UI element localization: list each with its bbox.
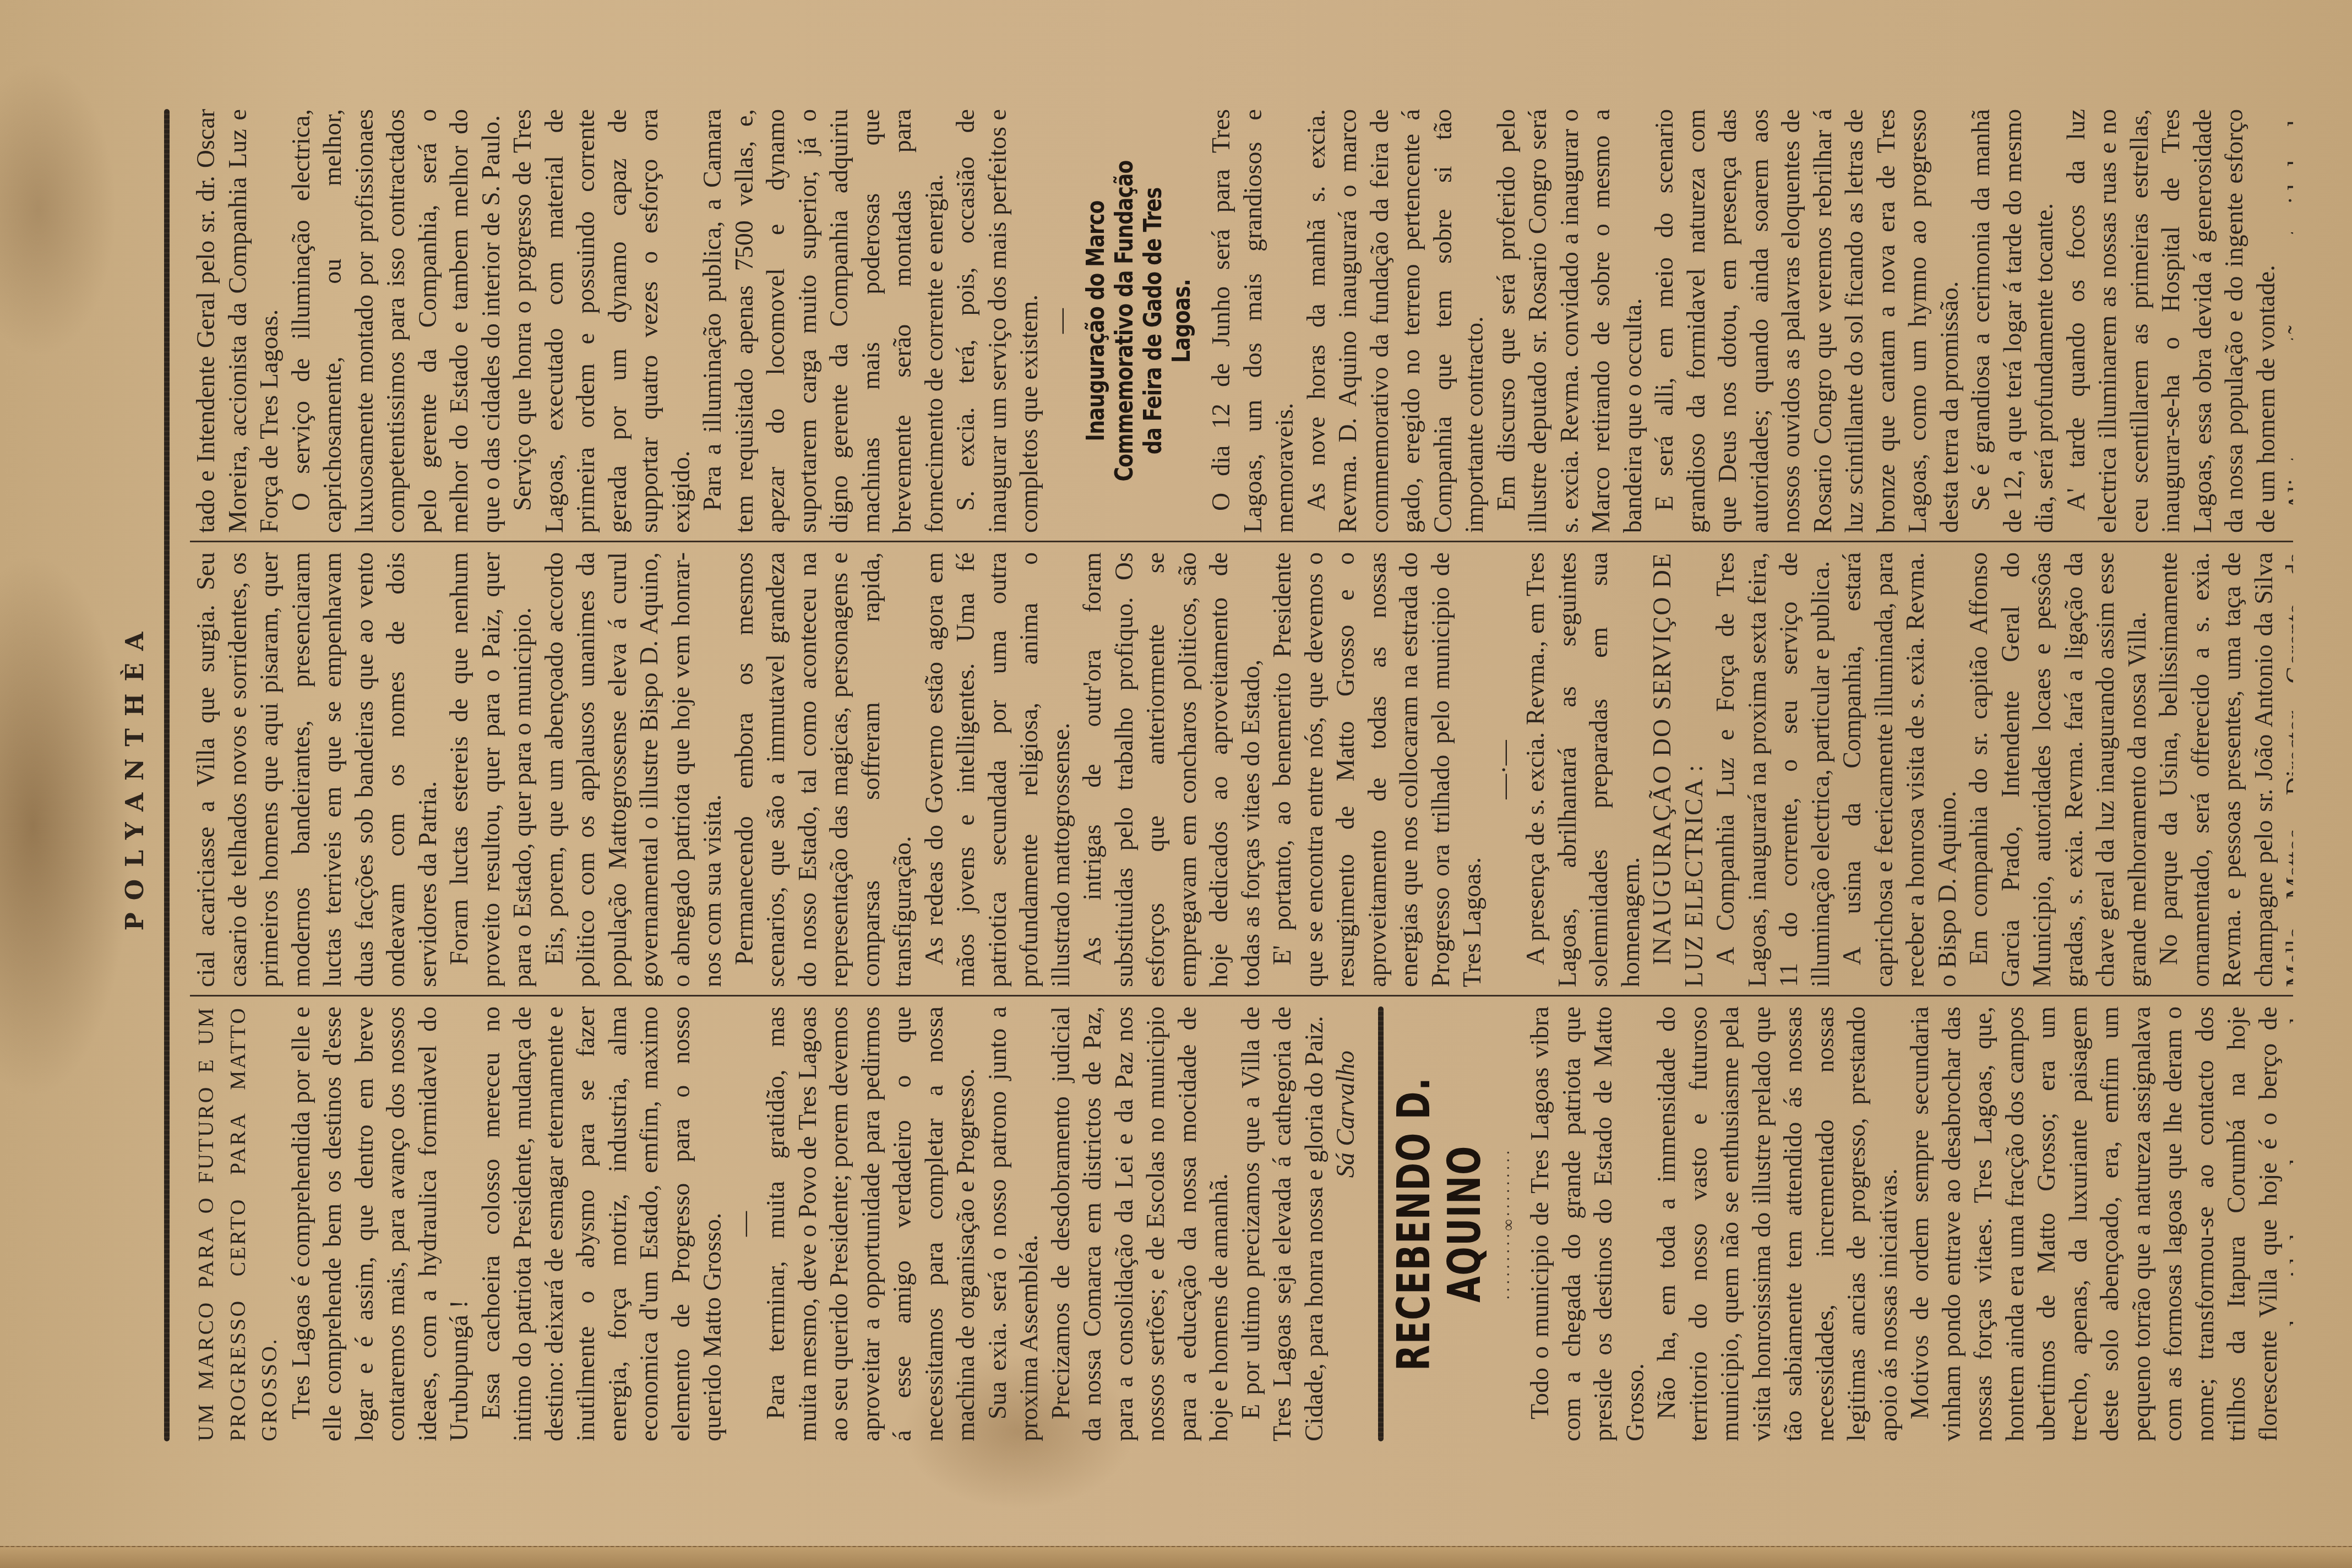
article-columns: Um marco para o futuro e um progresso ce… <box>190 109 2293 1441</box>
article-paragraph: cial acariciasse a Villa que surgia. Seu… <box>190 552 443 987</box>
article-paragraph: Foram luctas estereis de que nenhum prov… <box>443 552 538 987</box>
article-paragraph: S. excia. terá, pois, occasião de inaugu… <box>950 109 1045 533</box>
article-paragraph: E por ultimo precizamos que a Villa de T… <box>1235 1006 1330 1441</box>
article-lead: Um marco para o futuro e um progresso ce… <box>190 1006 285 1441</box>
article-paragraph: A usina da Companhia, estará caprichosa … <box>1836 552 1963 987</box>
article-paragraph: Essa cachoeira colosso mereceu no intimo… <box>475 1006 728 1441</box>
article-paragraph: A presença de s. excia. Revma., em Tres … <box>1520 552 1646 987</box>
article-paragraph: Se é grandiosa a cerimonia da manhã de 1… <box>1965 109 2060 533</box>
article-paragraph: Todo o municipio de Tres Lagoas vibra co… <box>1524 1006 1651 1441</box>
article-paragraph: Precizamos de desdobramento judicial da … <box>1045 1006 1235 1441</box>
article-paragraph: As redeas do Governo estão agora em mãos… <box>918 552 1077 987</box>
section-divider: — <box>1045 109 1077 533</box>
article-paragraph: A Companhia Luz e Força de Tres Lagoas, … <box>1709 552 1836 987</box>
article-paragraph: Sua exia. será o nosso patrono junto a p… <box>982 1006 1045 1441</box>
section-wavy-rule <box>1378 1006 1384 1441</box>
article-paragraph: Para a illuminação publica, a Camara tem… <box>696 109 950 533</box>
article-paragraph: E' portanto, ao benemerito Presidente qu… <box>1266 552 1488 987</box>
rotated-newspaper-page: POLYANTHÈA Um marco para o futuro e um p… <box>0 0 2352 1568</box>
column-3: tado e Intendente Geral pelo sr. dr. Osc… <box>190 109 2293 533</box>
article-paragraph: Eis, porem, que um abençoado accordo pol… <box>538 552 728 987</box>
article-paragraph: Em companhia do sr. capitão Affonso Garc… <box>1963 552 2153 987</box>
masthead-wavy-rule <box>164 109 170 1441</box>
article-paragraph: INAUGURAÇÃO DO SERVIÇO DE LUZ ELECTRICA … <box>1646 552 1709 987</box>
column-separator <box>190 995 2293 997</box>
article-paragraph: Em discurso que será proferido pelo illu… <box>1490 109 1649 533</box>
article-paragraph: As intrigas de outr'ora foram substituid… <box>1076 552 1266 987</box>
article-paragraph: Motivos de ordem sempre secundaria vinha… <box>1904 1006 2293 1441</box>
article-paragraph: Para terminar, muita gratidão, mas muita… <box>760 1006 982 1441</box>
article-paragraph: O serviço de illuminação electrica, capr… <box>285 109 507 533</box>
ornament-divider: ·········∞········· <box>1493 1006 1525 1441</box>
column-2: cial acariciasse a Villa que surgia. Seu… <box>190 552 2293 987</box>
article-headline: Inauguração do Marco Commemorativo da Fu… <box>1082 147 1196 494</box>
article-paragraph: E será alli, em meio do scenario grandio… <box>1648 109 1965 533</box>
author-signature: Sá Carvalho <box>1330 1006 1362 1441</box>
section-headline: RECEBENDO D. AQUINO <box>1389 1061 1490 1387</box>
masthead: POLYANTHÈA <box>121 109 182 1441</box>
article-paragraph: No parque da Usina, bellissimamente orna… <box>2153 552 2293 987</box>
article-paragraph: O dia 12 de Junho será para Tres Lagoas,… <box>1205 109 1300 533</box>
column-1: Um marco para o futuro e um progresso ce… <box>190 1006 2293 1441</box>
article-paragraph: Permanecendo embora os mesmos scenarios,… <box>728 552 918 987</box>
article-paragraph: As nove horas da manhã s. excia. Revma. … <box>1300 109 1490 533</box>
article-paragraph: Tres Lagoas é comprehendida por elle e e… <box>285 1006 475 1441</box>
article-paragraph: Não ha, em toda a immensidade do territo… <box>1651 1006 1904 1441</box>
publication-title: POLYANTHÈA <box>121 109 149 1441</box>
article-paragraph: A' tarde quando os focos da luz electric… <box>2060 109 2282 533</box>
article-paragraph: Ali teremos então opportunidade de assis… <box>2282 109 2293 533</box>
section-divider: — <box>728 1006 760 1441</box>
article-paragraph: Serviço que honra o progresso de Tres La… <box>507 109 696 533</box>
column-separator <box>190 541 2293 542</box>
section-divider: —·— <box>1488 552 1520 987</box>
article-paragraph: tado e Intendente Geral pelo sr. dr. Osc… <box>190 109 285 533</box>
